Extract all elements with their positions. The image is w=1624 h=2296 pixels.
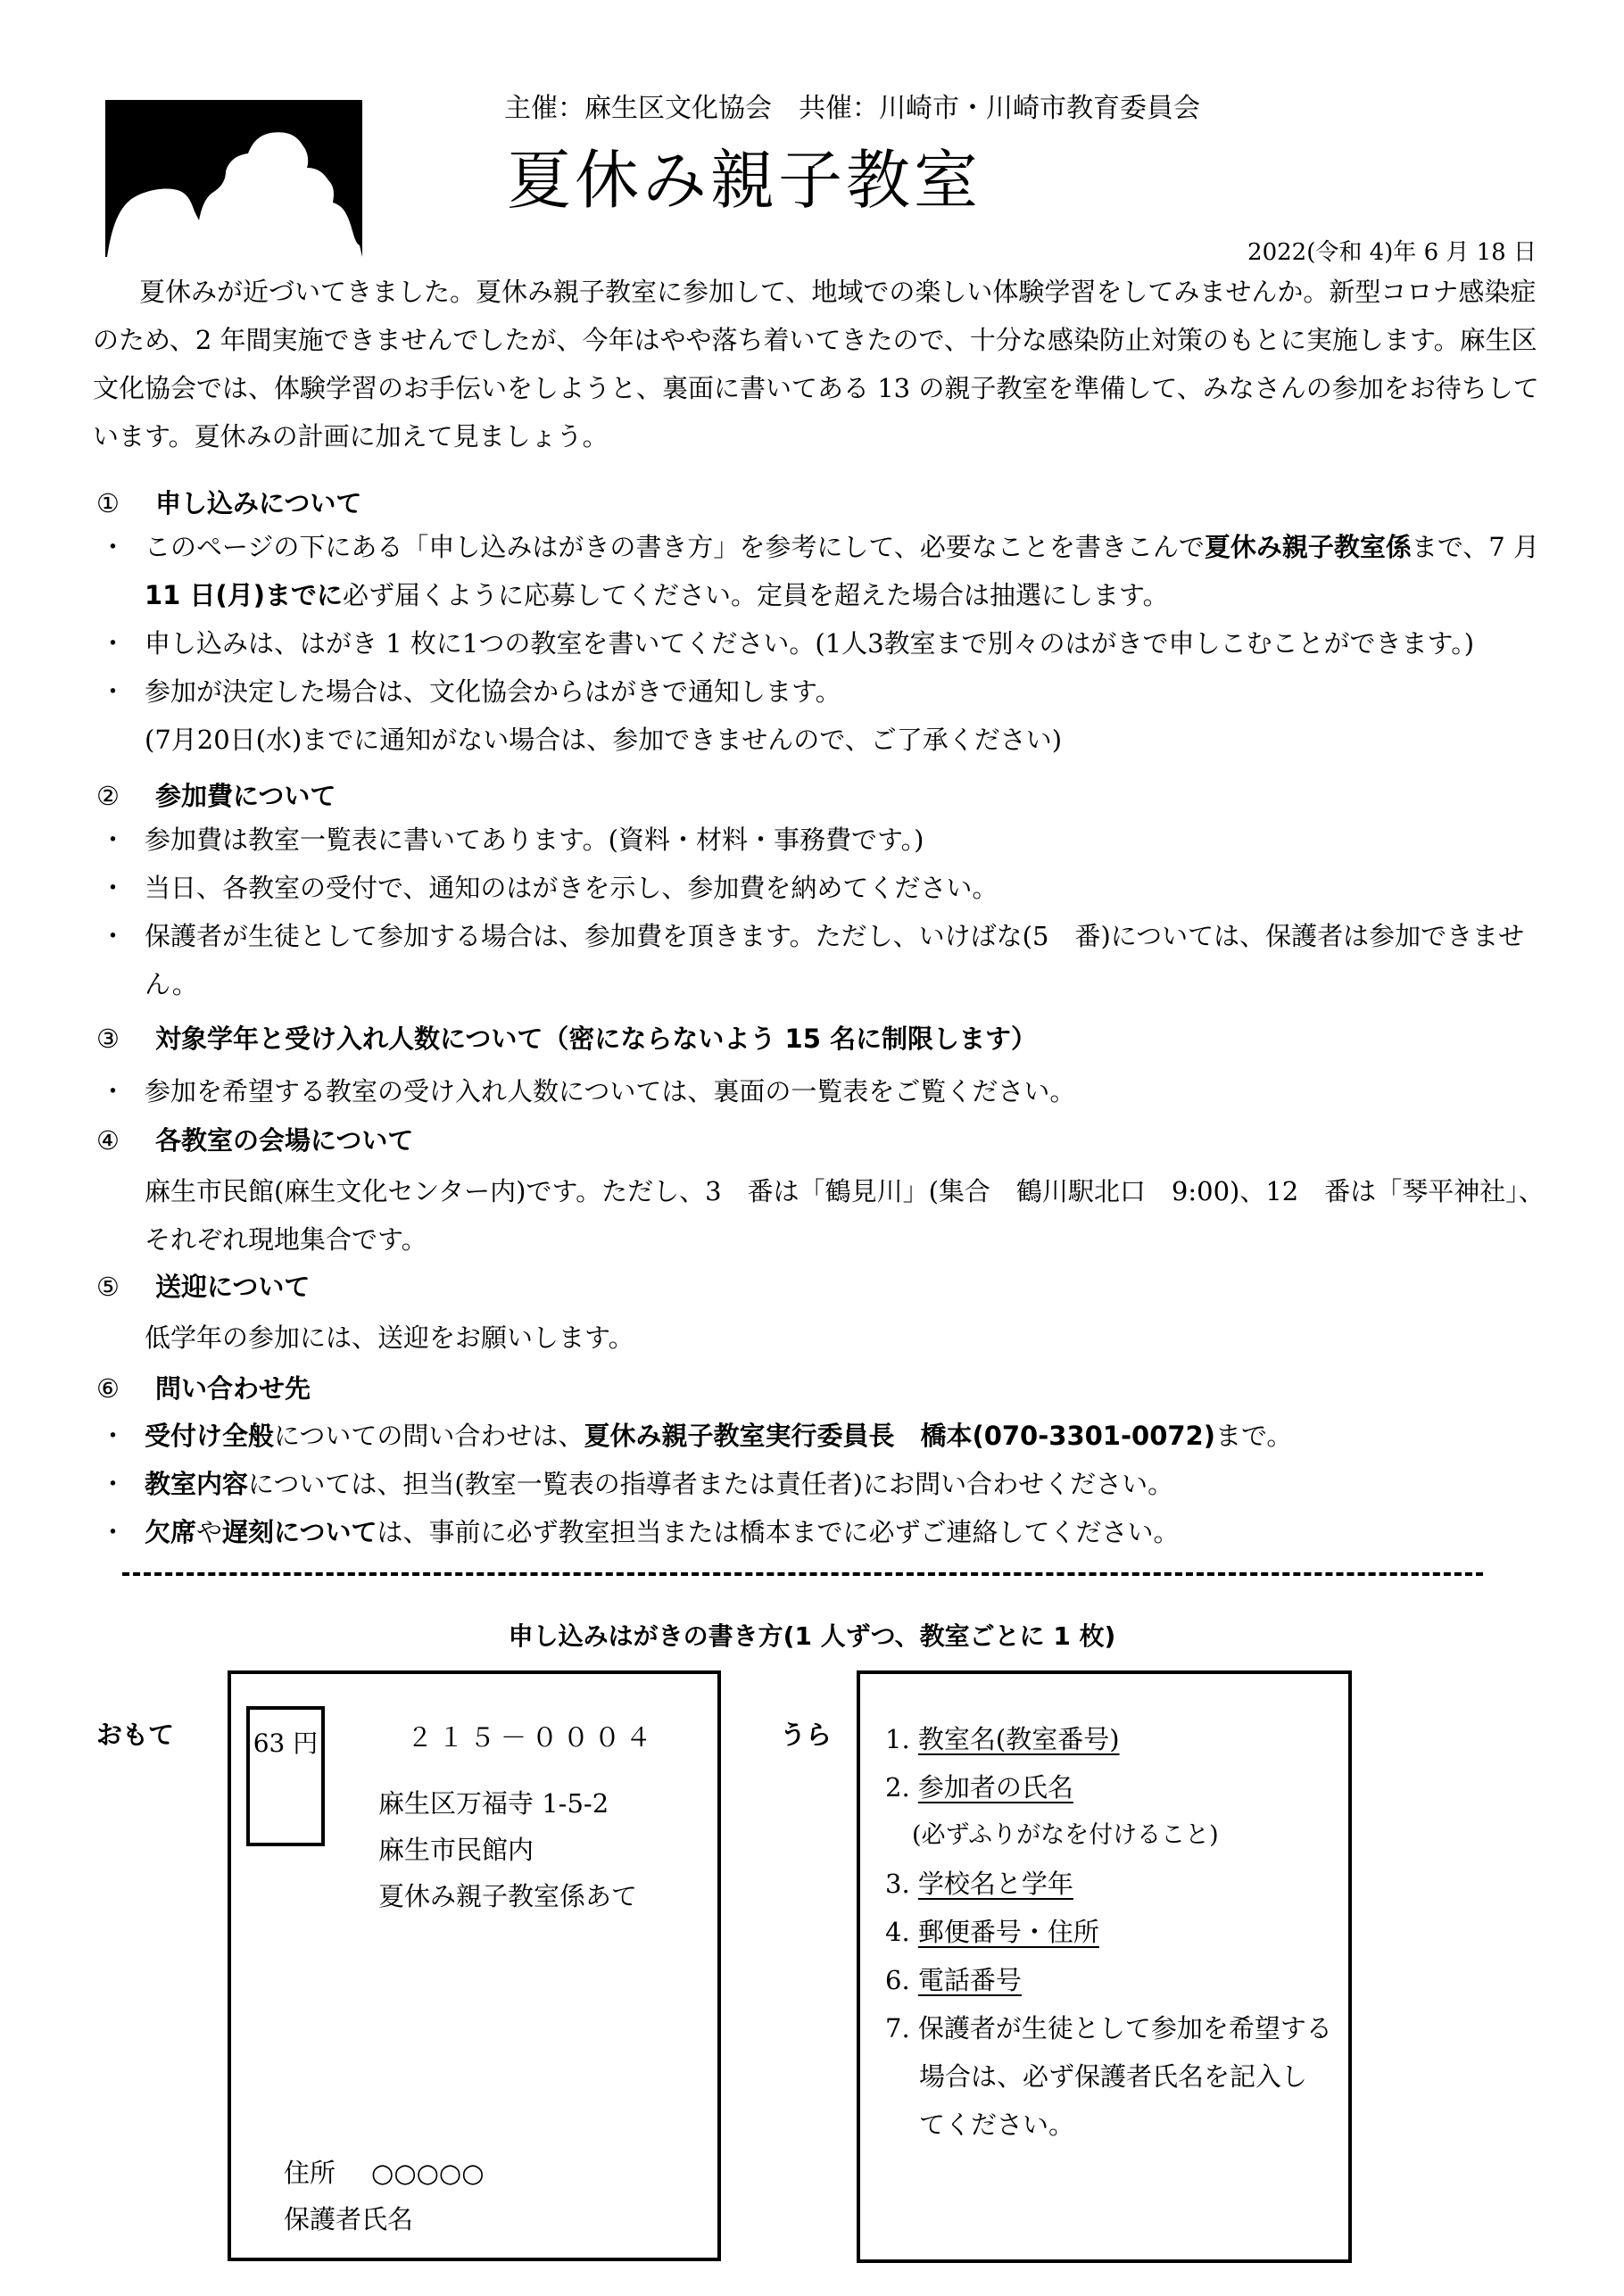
section-6-bullet-1: ・ 受付け全般についての問い合わせは、夏休み親子教室実行委員長 橋本(070-3… [100, 1412, 1545, 1460]
section-1-number: ① [96, 488, 155, 518]
bullet-text: 参加を希望する教室の受け入れ人数については、裏面の一覧表をご覧ください。 [145, 1067, 1545, 1115]
section-6-bullet-3: ・ 欠席や遅刻については、事前に必ず教室担当または橋本までに必ずご連絡してくださ… [100, 1508, 1545, 1556]
section-4-number: ④ [96, 1125, 155, 1156]
bullet-text: このページの下にある「申し込みはがきの書き方」を参考にして、必要なことを書きこん… [145, 523, 1545, 619]
page-title: 夏休み親子教室 [507, 128, 982, 221]
recipient-address-line-3: 夏休み親子教室係あて [378, 1874, 637, 1919]
section-4-line-2: それぞれ現地集合です。 [145, 1215, 427, 1264]
bullet-text: 教室内容については、担当(教室一覧表の指導者または責任者)にお問い合わせください… [145, 1460, 1545, 1508]
bullet-icon: ・ [100, 1460, 136, 1508]
section-4-line-1: 麻生市民館(麻生文化センター内)です。ただし、3 番は「鶴見川」(集合 鶴川駅北… [145, 1167, 1545, 1215]
bullet-text: 参加費は教室一覧表に書いてあります。(資料・材料・事務費です。) [145, 816, 1545, 864]
stamp-box: 63 円 [246, 1706, 325, 1846]
back-side-label: うら [780, 1715, 832, 1752]
bullet-text: 欠席や遅刻については、事前に必ず教室担当または橋本までに必ずご連絡してください。 [145, 1508, 1545, 1556]
bullet-icon: ・ [100, 864, 136, 912]
back-item-6: 6. 電話番号 [885, 1958, 1022, 2002]
section-5-title: 送迎について [155, 1272, 310, 1302]
section-6-number: ⑥ [96, 1373, 155, 1404]
bullet-icon: ・ [100, 667, 136, 716]
bullet-text: 保護者が生徒として参加する場合は、参加費を頂きます。ただし、いけばな(5 番)に… [145, 912, 1545, 1008]
back-item-3: 3. 学校名と学年 [885, 1861, 1073, 1906]
section-4-heading: ④各教室の会場について [96, 1121, 413, 1157]
section-6-title: 問い合わせ先 [155, 1373, 311, 1404]
postal-code: ２１５－０００４ [407, 1715, 657, 1760]
section-3-number: ③ [96, 1024, 155, 1054]
bullet-icon: ・ [100, 523, 136, 571]
section-2-bullet-2: ・ 当日、各教室の受付で、通知のはがきを示し、参加費を納めてください。 [100, 864, 1545, 912]
stamp-value: 63 円 [250, 1724, 321, 1760]
front-side-label: おもて [96, 1715, 174, 1752]
bullet-icon: ・ [100, 1412, 136, 1460]
back-item-7: 7. 保護者が生徒として参加を希望する [885, 2006, 1332, 2051]
back-item-7-cont-2: てください。 [919, 2102, 1074, 2147]
organizers-line: 主催：麻生区文化協会 共催：川崎市・川崎市教育委員会 [504, 86, 1200, 125]
logo-icon [105, 100, 362, 257]
postcard-guide-title: 申し込みはがきの書き方(1 人ずつ、教室ごとに 1 枚) [0, 1617, 1624, 1653]
section-1-title: 申し込みについて [155, 488, 361, 518]
bullet-icon: ・ [100, 912, 136, 960]
back-item-4: 4. 郵便番号・住所 [885, 1910, 1099, 1954]
section-5-line-1: 低学年の参加には、送迎をお願いします。 [145, 1314, 634, 1362]
bullet-text: 参加が決定した場合は、文化協会からはがきで通知します。 [145, 667, 1545, 716]
guardian-name-label: 保護者氏名 [284, 2197, 413, 2242]
back-item-7-cont-1: 場合は、必ず保護者氏名を記入し [919, 2054, 1307, 2099]
section-1-note: (7月20日(水)までに通知がない場合は、参加できませんので、ご了承ください) [145, 716, 1062, 764]
section-3-heading: ③対象学年と受け入れ人数について（密にならないよう 15 名に制限します） [96, 1019, 1037, 1056]
section-5-number: ⑤ [96, 1272, 155, 1302]
bullet-icon: ・ [100, 1067, 136, 1115]
section-4-title: 各教室の会場について [155, 1125, 413, 1156]
recipient-address-line-2: 麻生市民館内 [378, 1828, 534, 1872]
section-3-title: 対象学年と受け入れ人数について（密にならないよう 15 名に制限します） [155, 1024, 1037, 1054]
section-2-heading: ②参加費について [96, 776, 336, 813]
bullet-text: 申し込みは、はがき 1 枚に1つの教室を書いてください。(1人3教室まで別々のは… [145, 619, 1545, 667]
cloud-silhouette-logo [105, 100, 362, 257]
section-6-bullet-2: ・ 教室内容については、担当(教室一覧表の指導者または責任者)にお問い合わせくだ… [100, 1460, 1545, 1508]
back-item-2-note: (必ずふりがなを付けること) [912, 1813, 1219, 1858]
cut-line-divider [122, 1572, 1483, 1576]
back-item-2: 2. 参加者の氏名 [885, 1765, 1073, 1810]
issue-date: 2022(令和 4)年 6 月 18 日 [1247, 234, 1537, 267]
bullet-text: 受付け全般についての問い合わせは、夏休み親子教室実行委員長 橋本(070-330… [145, 1412, 1545, 1460]
section-2-number: ② [96, 781, 155, 811]
intro-paragraph: 夏休みが近づいてきました。夏休み親子教室に参加して、地域での楽しい体験学習をして… [93, 268, 1547, 460]
sender-address: 住所○○○○○ [284, 2151, 485, 2195]
bullet-icon: ・ [100, 619, 136, 667]
section-1-heading: ①申し込みについて [96, 484, 361, 520]
section-2-bullet-3: ・ 保護者が生徒として参加する場合は、参加費を頂きます。ただし、いけばな(5 番… [100, 912, 1545, 1008]
bullet-icon: ・ [100, 1508, 136, 1556]
section-1-bullet-3: ・ 参加が決定した場合は、文化協会からはがきで通知します。 [100, 667, 1545, 716]
section-3-bullet-1: ・ 参加を希望する教室の受け入れ人数については、裏面の一覧表をご覧ください。 [100, 1067, 1545, 1115]
recipient-address-line-1: 麻生区万福寺 1-5-2 [378, 1781, 609, 1826]
section-2-title: 参加費について [155, 781, 336, 811]
section-1-bullet-2: ・ 申し込みは、はがき 1 枚に1つの教室を書いてください。(1人3教室まで別々… [100, 619, 1545, 667]
section-1-bullet-1: ・ このページの下にある「申し込みはがきの書き方」を参考にして、必要なことを書き… [100, 523, 1545, 619]
section-2-bullet-1: ・ 参加費は教室一覧表に書いてあります。(資料・材料・事務費です。) [100, 816, 1545, 864]
section-6-heading: ⑥問い合わせ先 [96, 1369, 311, 1405]
section-5-heading: ⑤送迎について [96, 1267, 310, 1304]
bullet-icon: ・ [100, 816, 136, 864]
back-item-1: 1. 教室名(教室番号) [885, 1717, 1120, 1761]
bullet-text: 当日、各教室の受付で、通知のはがきを示し、参加費を納めてください。 [145, 864, 1545, 912]
